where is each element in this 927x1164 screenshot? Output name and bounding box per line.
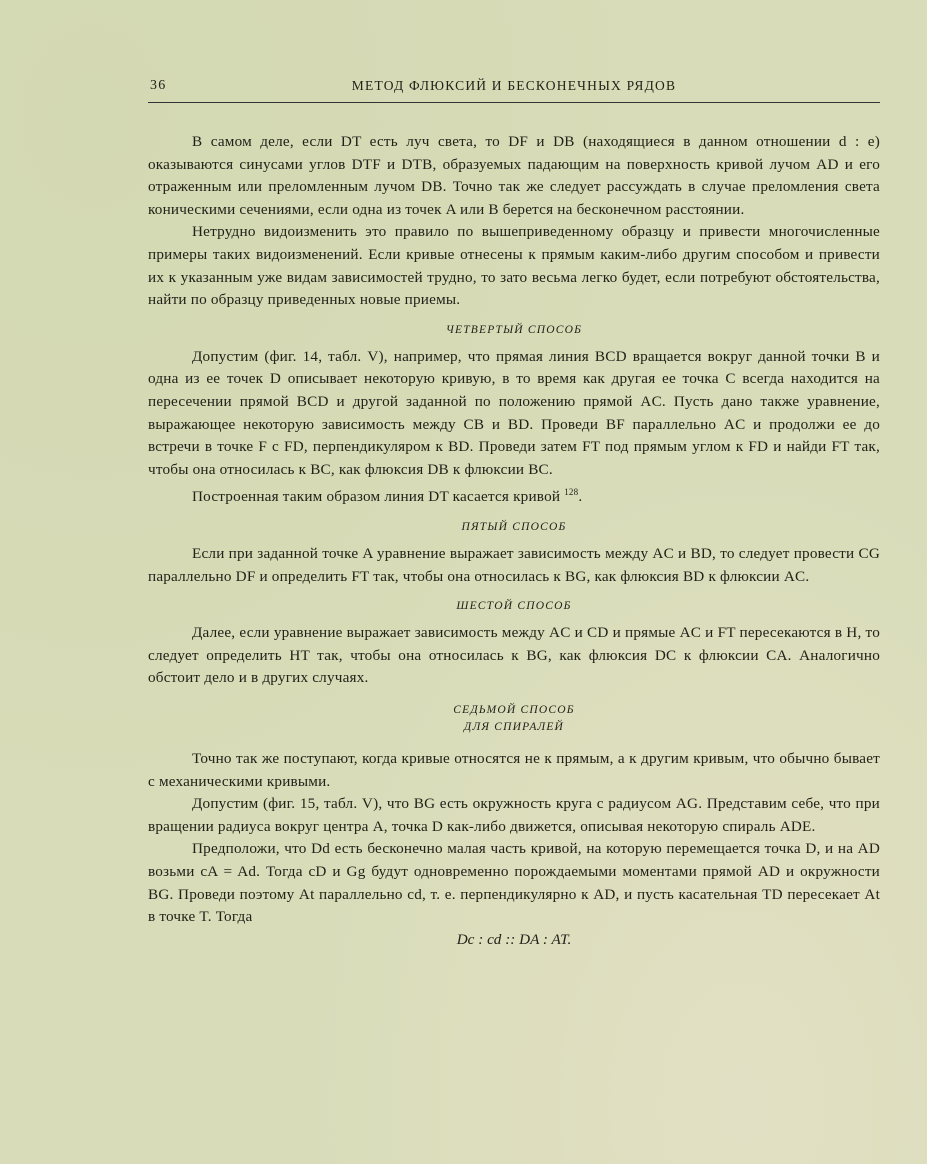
paragraph-fourth-method: Допустим (фиг. 14, табл. V), например, ч… [148,346,880,482]
footnote-ref: 128 [564,487,578,497]
running-head: 36 МЕТОД ФЛЮКСИЙ И БЕСКОНЕЧНЫХ РЯДОВ [148,78,880,100]
section-title-sixth-method: ШЕСТОЙ СПОСОБ [148,600,880,612]
paragraph-sixth-method: Далее, если уравнение выражает зависимос… [148,622,880,690]
running-title: МЕТОД ФЛЮКСИЙ И БЕСКОНЕЧНЫХ РЯДОВ [148,78,880,94]
section-title-seventh-line2: ДЛЯ СПИРАЛЕЙ [148,719,880,736]
book-page: 36 МЕТОД ФЛЮКСИЙ И БЕСКОНЕЧНЫХ РЯДОВ В с… [148,78,880,949]
header-rule [148,102,880,103]
section-title-fourth-method: ЧЕТВЕРТЫЙ СПОСОБ [148,324,880,336]
paragraph-modifications: Нетрудно видоизменить это правило по выш… [148,221,880,311]
tangent-result-text: Построенная таким образом линия DT касае… [192,488,560,505]
paragraph-light-refraction: В самом деле, если DT есть луч света, то… [148,131,880,221]
paragraph-tangent-result: Построенная таким образом линия DT касае… [148,481,880,509]
section-title-seventh-line1: СЕДЬМОЙ СПОСОБ [148,702,880,719]
proportion-formula: Dc : cd :: DA : AT. [148,931,880,949]
paragraph-spiral-moments: Предположи, что Dd есть бесконечно малая… [148,838,880,928]
paragraph-mechanical-curves: Точно так же поступают, когда кривые отн… [148,748,880,793]
paragraph-fifth-method: Если при заданной точке A уравнение выра… [148,543,880,588]
section-title-seventh-method: СЕДЬМОЙ СПОСОБ ДЛЯ СПИРАЛЕЙ [148,702,880,736]
paragraph-spiral-setup: Допустим (фиг. 15, табл. V), что BG есть… [148,793,880,838]
section-title-fifth-method: ПЯТЫЙ СПОСОБ [148,521,880,533]
